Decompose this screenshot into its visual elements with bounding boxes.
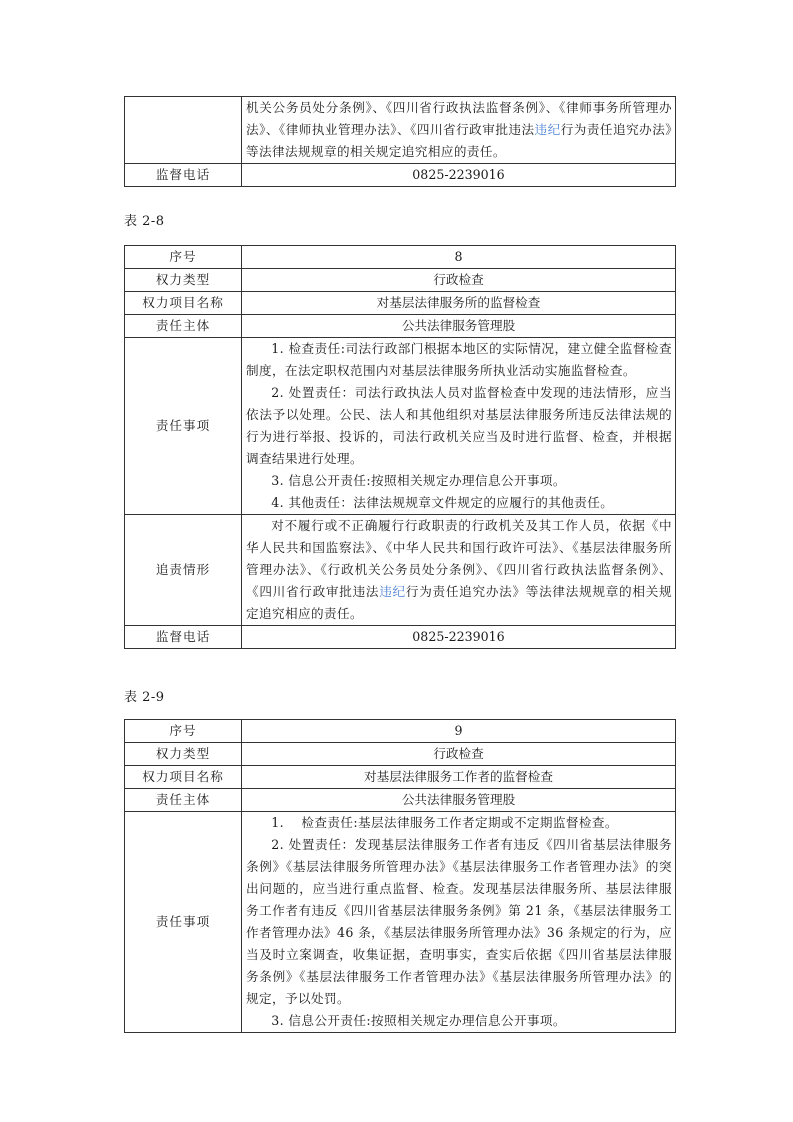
table-row: 权力项目名称 对基层法律服务工作者的监督检查 (125, 766, 676, 789)
table-row: 监督电话 0825-2239016 (125, 626, 676, 649)
duty-item: 1. 检查责任:基层法律服务工作者定期或不定期监督检查。 (246, 812, 672, 834)
table-row: 监督电话 0825-2239016 (125, 164, 676, 187)
accountability-cell: 对不履行或不正确履行行政职责的行政机关及其工作人员，依据《中华人民共和国监察法》… (242, 515, 676, 626)
phone-value: 0825-2239016 (242, 626, 676, 649)
accountability-label: 追责情形 (125, 515, 242, 626)
subject-value: 公共法律服务管理股 (242, 789, 676, 812)
phone-value: 0825-2239016 (242, 164, 676, 187)
duty-item: 3. 信息公开责任:按照相关规定办理信息公开事项。 (246, 1010, 672, 1032)
subject-label: 责任主体 (125, 315, 242, 338)
table-row: 责任事项 1. 检查责任:司法行政部门根据本地区的实际情况，建立健全监督检查制度… (125, 338, 676, 515)
name-value: 对基层法律服务所的监督检查 (242, 292, 676, 315)
type-value: 行政检查 (242, 269, 676, 292)
duty-item: 3. 信息公开责任:按照相关规定办理信息公开事项。 (246, 470, 672, 492)
duty-label: 责任事项 (125, 338, 242, 515)
table-2-8: 序号 8 权力类型 行政检查 权力项目名称 对基层法律服务所的监督检查 责任主体… (124, 245, 676, 649)
phone-label: 监督电话 (125, 626, 242, 649)
subject-label: 责任主体 (125, 789, 242, 812)
table-continued: 机关公务员处分条例》、《四川省行政执法监督条例》、《律师事务所管理办法》、《律师… (124, 96, 676, 187)
link-text[interactable]: 违纪 (379, 584, 406, 599)
table-row: 权力类型 行政检查 (125, 743, 676, 766)
seq-value: 9 (242, 720, 676, 743)
table-row: 机关公务员处分条例》、《四川省行政执法监督条例》、《律师事务所管理办法》、《律师… (125, 97, 676, 164)
duty-cell: 1. 检查责任:基层法律服务工作者定期或不定期监督检查。 2. 处置责任：发现基… (242, 812, 676, 1033)
duty-item: 2. 处置责任：发现基层法律服务工作者有违反《四川省基层法律服务条例》《基层法律… (246, 834, 672, 1010)
table-row: 权力类型 行政检查 (125, 269, 676, 292)
duty-item: 4. 其他责任：法律法规规章文件规定的应履行的其他责任。 (246, 492, 672, 514)
name-label: 权力项目名称 (125, 766, 242, 789)
seq-value: 8 (242, 246, 676, 269)
duty-cell: 1. 检查责任:司法行政部门根据本地区的实际情况，建立健全监督检查制度，在法定职… (242, 338, 676, 515)
table-caption: 表 2-8 (124, 210, 165, 229)
link-text[interactable]: 违纪 (535, 122, 561, 137)
table-2-9: 序号 9 权力类型 行政检查 权力项目名称 对基层法律服务工作者的监督检查 责任… (124, 719, 676, 1033)
type-value: 行政检查 (242, 743, 676, 766)
duty-item: 1. 检查责任:司法行政部门根据本地区的实际情况，建立健全监督检查制度，在法定职… (246, 338, 672, 382)
duty-item: 2. 处置责任：司法行政执法人员对监督检查中发现的违法情形，应当依法予以处理。公… (246, 382, 672, 470)
empty-label-cell (125, 97, 242, 164)
type-label: 权力类型 (125, 269, 242, 292)
table-row: 序号 8 (125, 246, 676, 269)
document-page: 机关公务员处分条例》、《四川省行政执法监督条例》、《律师事务所管理办法》、《律师… (0, 0, 793, 1122)
seq-label: 序号 (125, 246, 242, 269)
type-label: 权力类型 (125, 743, 242, 766)
table-row: 序号 9 (125, 720, 676, 743)
table-row: 责任主体 公共法律服务管理股 (125, 315, 676, 338)
phone-label: 监督电话 (125, 164, 242, 187)
table-row: 追责情形 对不履行或不正确履行行政职责的行政机关及其工作人员，依据《中华人民共和… (125, 515, 676, 626)
table-row: 责任主体 公共法律服务管理股 (125, 789, 676, 812)
table-caption: 表 2-9 (124, 686, 165, 705)
name-label: 权力项目名称 (125, 292, 242, 315)
seq-label: 序号 (125, 720, 242, 743)
table-row: 权力项目名称 对基层法律服务所的监督检查 (125, 292, 676, 315)
duty-label: 责任事项 (125, 812, 242, 1033)
subject-value: 公共法律服务管理股 (242, 315, 676, 338)
table-row: 责任事项 1. 检查责任:基层法律服务工作者定期或不定期监督检查。 2. 处置责… (125, 812, 676, 1033)
name-value: 对基层法律服务工作者的监督检查 (242, 766, 676, 789)
accountability-cell: 机关公务员处分条例》、《四川省行政执法监督条例》、《律师事务所管理办法》、《律师… (242, 97, 676, 164)
